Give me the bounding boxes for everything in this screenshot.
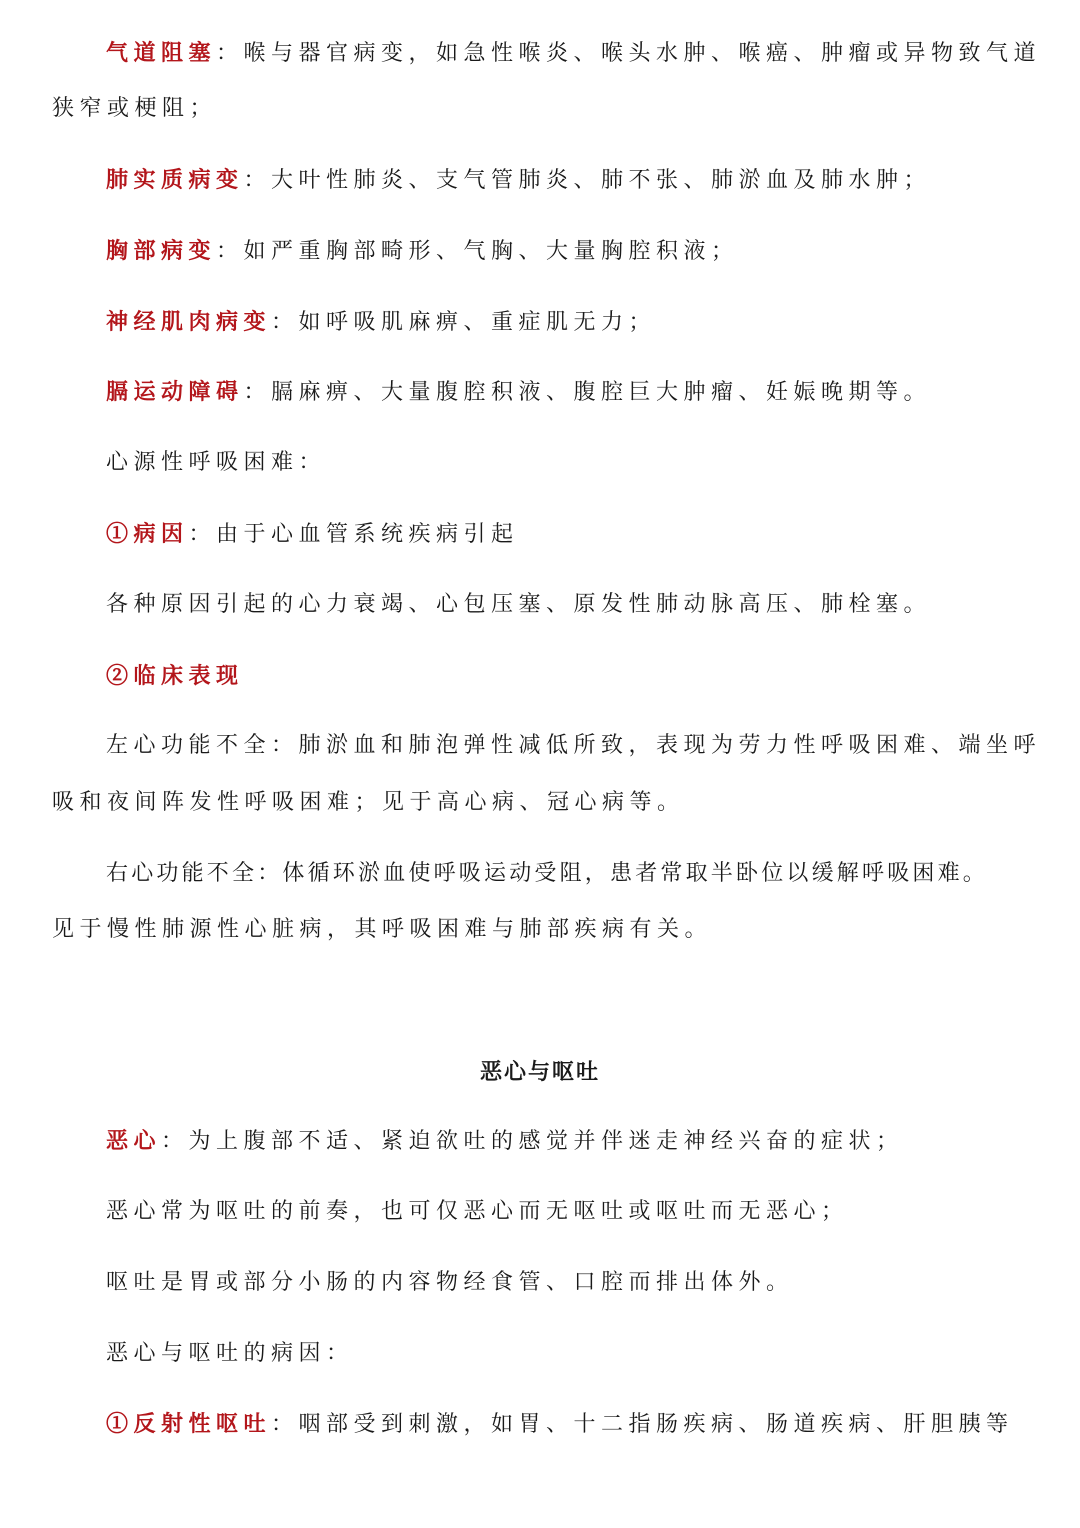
separator: ：: [271, 310, 299, 335]
neuro-text: 如呼吸肌麻痹、重症肌无力；: [299, 310, 657, 335]
term-reflex-vomiting: ①反射性呕吐: [106, 1411, 271, 1437]
airway-obstruction-line2: 狭窄或梗阻；: [52, 94, 217, 124]
chest-text: 如严重胸部畸形、气胸、大量胸腔积液；: [244, 239, 739, 264]
cardiac-heading-text: 心源性呼吸困难：: [106, 450, 326, 475]
airway-text-line2: 狭窄或梗阻；: [52, 96, 217, 121]
diaphragm-text: 膈麻痹、大量腹腔积液、腹腔巨大肿瘤、妊娠晚期等。: [271, 380, 931, 405]
section-title-nausea-vomiting: 恶心与呕吐: [0, 1057, 1080, 1087]
separator: ：: [161, 1129, 189, 1154]
nausea-definition-line: 恶心：为上腹部不适、紧迫欲吐的感觉并伴迷走神经兴奋的症状；: [106, 1126, 904, 1157]
right-heart-line2: 见于慢性肺源性心脏病，其呼吸困难与肺部疾病有关。: [52, 915, 712, 945]
causes-heading-line: 恶心与呕吐的病因：: [106, 1339, 354, 1369]
term-chest-disease: 胸部病变: [106, 238, 216, 264]
nausea-text: 为上腹部不适、紧迫欲吐的感觉并伴迷走神经兴奋的症状；: [189, 1129, 904, 1154]
separator: ：: [271, 1412, 299, 1437]
right-heart-text-line1: 右心功能不全：体循环淤血使呼吸运动受阻，患者常取半卧位以缓解呼吸困难。: [106, 861, 988, 886]
term-nausea: 恶心: [106, 1128, 161, 1154]
neuromuscular-line: 神经肌肉病变：如呼吸肌麻痹、重症肌无力；: [106, 307, 656, 338]
airway-obstruction-line: 气道阻塞：喉与器官病变，如急性喉炎、喉头水肿、喉癌、肿瘤或异物致气道: [106, 38, 1041, 69]
vomiting-text: 呕吐是胃或部分小肠的内容物经食管、口腔而排出体外。: [106, 1270, 794, 1295]
separator: ：: [244, 168, 272, 193]
term-cause: ①病因: [106, 521, 189, 547]
separator: ：: [216, 239, 244, 264]
separator: ：: [216, 41, 244, 66]
left-heart-line2: 吸和夜间阵发性呼吸困难；见于高心病、冠心病等。: [52, 788, 685, 818]
clinical-heading-line: ②临床表现: [106, 661, 244, 692]
lung-text: 大叶性肺炎、支气管肺炎、肺不张、肺淤血及肺水肿；: [271, 168, 931, 193]
term-airway-obstruction: 气道阻塞: [106, 40, 216, 66]
airway-text-line1: 喉与器官病变，如急性喉炎、喉头水肿、喉癌、肿瘤或异物致气道: [244, 41, 1042, 66]
cause-detail-text: 各种原因引起的心力衰竭、心包压塞、原发性肺动脉高压、肺栓塞。: [106, 592, 931, 617]
cause-line: ①病因：由于心血管系统疾病引起: [106, 519, 519, 550]
reflex-text: 咽部受到刺激，如胃、十二指肠疾病、肠道疾病、肝胆胰等: [299, 1412, 1014, 1437]
term-diaphragm: 膈运动障碍: [106, 379, 244, 405]
term-clinical-manifestation: ②临床表现: [106, 663, 244, 689]
separator: ：: [244, 380, 272, 405]
reflex-vomiting-line: ①反射性呕吐：咽部受到刺激，如胃、十二指肠疾病、肠道疾病、肝胆胰等: [106, 1409, 1014, 1440]
nausea-line2: 恶心常为呕吐的前奏，也可仅恶心而无呕吐或呕吐而无恶心；: [106, 1197, 849, 1227]
lung-parenchyma-line: 肺实质病变：大叶性肺炎、支气管肺炎、肺不张、肺淤血及肺水肿；: [106, 165, 931, 196]
document-page: 气道阻塞：喉与器官病变，如急性喉炎、喉头水肿、喉癌、肿瘤或异物致气道 狭窄或梗阻…: [0, 0, 1080, 1528]
term-lung-parenchyma: 肺实质病变: [106, 167, 244, 193]
right-heart-line1: 右心功能不全：体循环淤血使呼吸运动受阻，患者常取半卧位以缓解呼吸困难。: [106, 859, 988, 889]
nausea-text-line2: 恶心常为呕吐的前奏，也可仅恶心而无呕吐或呕吐而无恶心；: [106, 1199, 849, 1224]
left-heart-text-line1: 左心功能不全：肺淤血和肺泡弹性减低所致，表现为劳力性呼吸困难、端坐呼: [106, 733, 1041, 758]
chest-disease-line: 胸部病变：如严重胸部畸形、气胸、大量胸腔积液；: [106, 236, 739, 267]
right-heart-text-line2: 见于慢性肺源性心脏病，其呼吸困难与肺部疾病有关。: [52, 917, 712, 942]
cause-detail-line: 各种原因引起的心力衰竭、心包压塞、原发性肺动脉高压、肺栓塞。: [106, 590, 931, 620]
causes-heading-text: 恶心与呕吐的病因：: [106, 1341, 354, 1366]
separator: ：: [189, 522, 217, 547]
vomiting-definition-line: 呕吐是胃或部分小肠的内容物经食管、口腔而排出体外。: [106, 1268, 794, 1298]
left-heart-line1: 左心功能不全：肺淤血和肺泡弹性减低所致，表现为劳力性呼吸困难、端坐呼: [106, 731, 1041, 761]
left-heart-text-line2: 吸和夜间阵发性呼吸困难；见于高心病、冠心病等。: [52, 790, 685, 815]
cause-text: 由于心血管系统疾病引起: [216, 522, 519, 547]
term-neuromuscular: 神经肌肉病变: [106, 309, 271, 335]
diaphragm-line: 膈运动障碍：膈麻痹、大量腹腔积液、腹腔巨大肿瘤、妊娠晚期等。: [106, 377, 931, 408]
cardiac-dyspnea-heading: 心源性呼吸困难：: [106, 448, 326, 478]
